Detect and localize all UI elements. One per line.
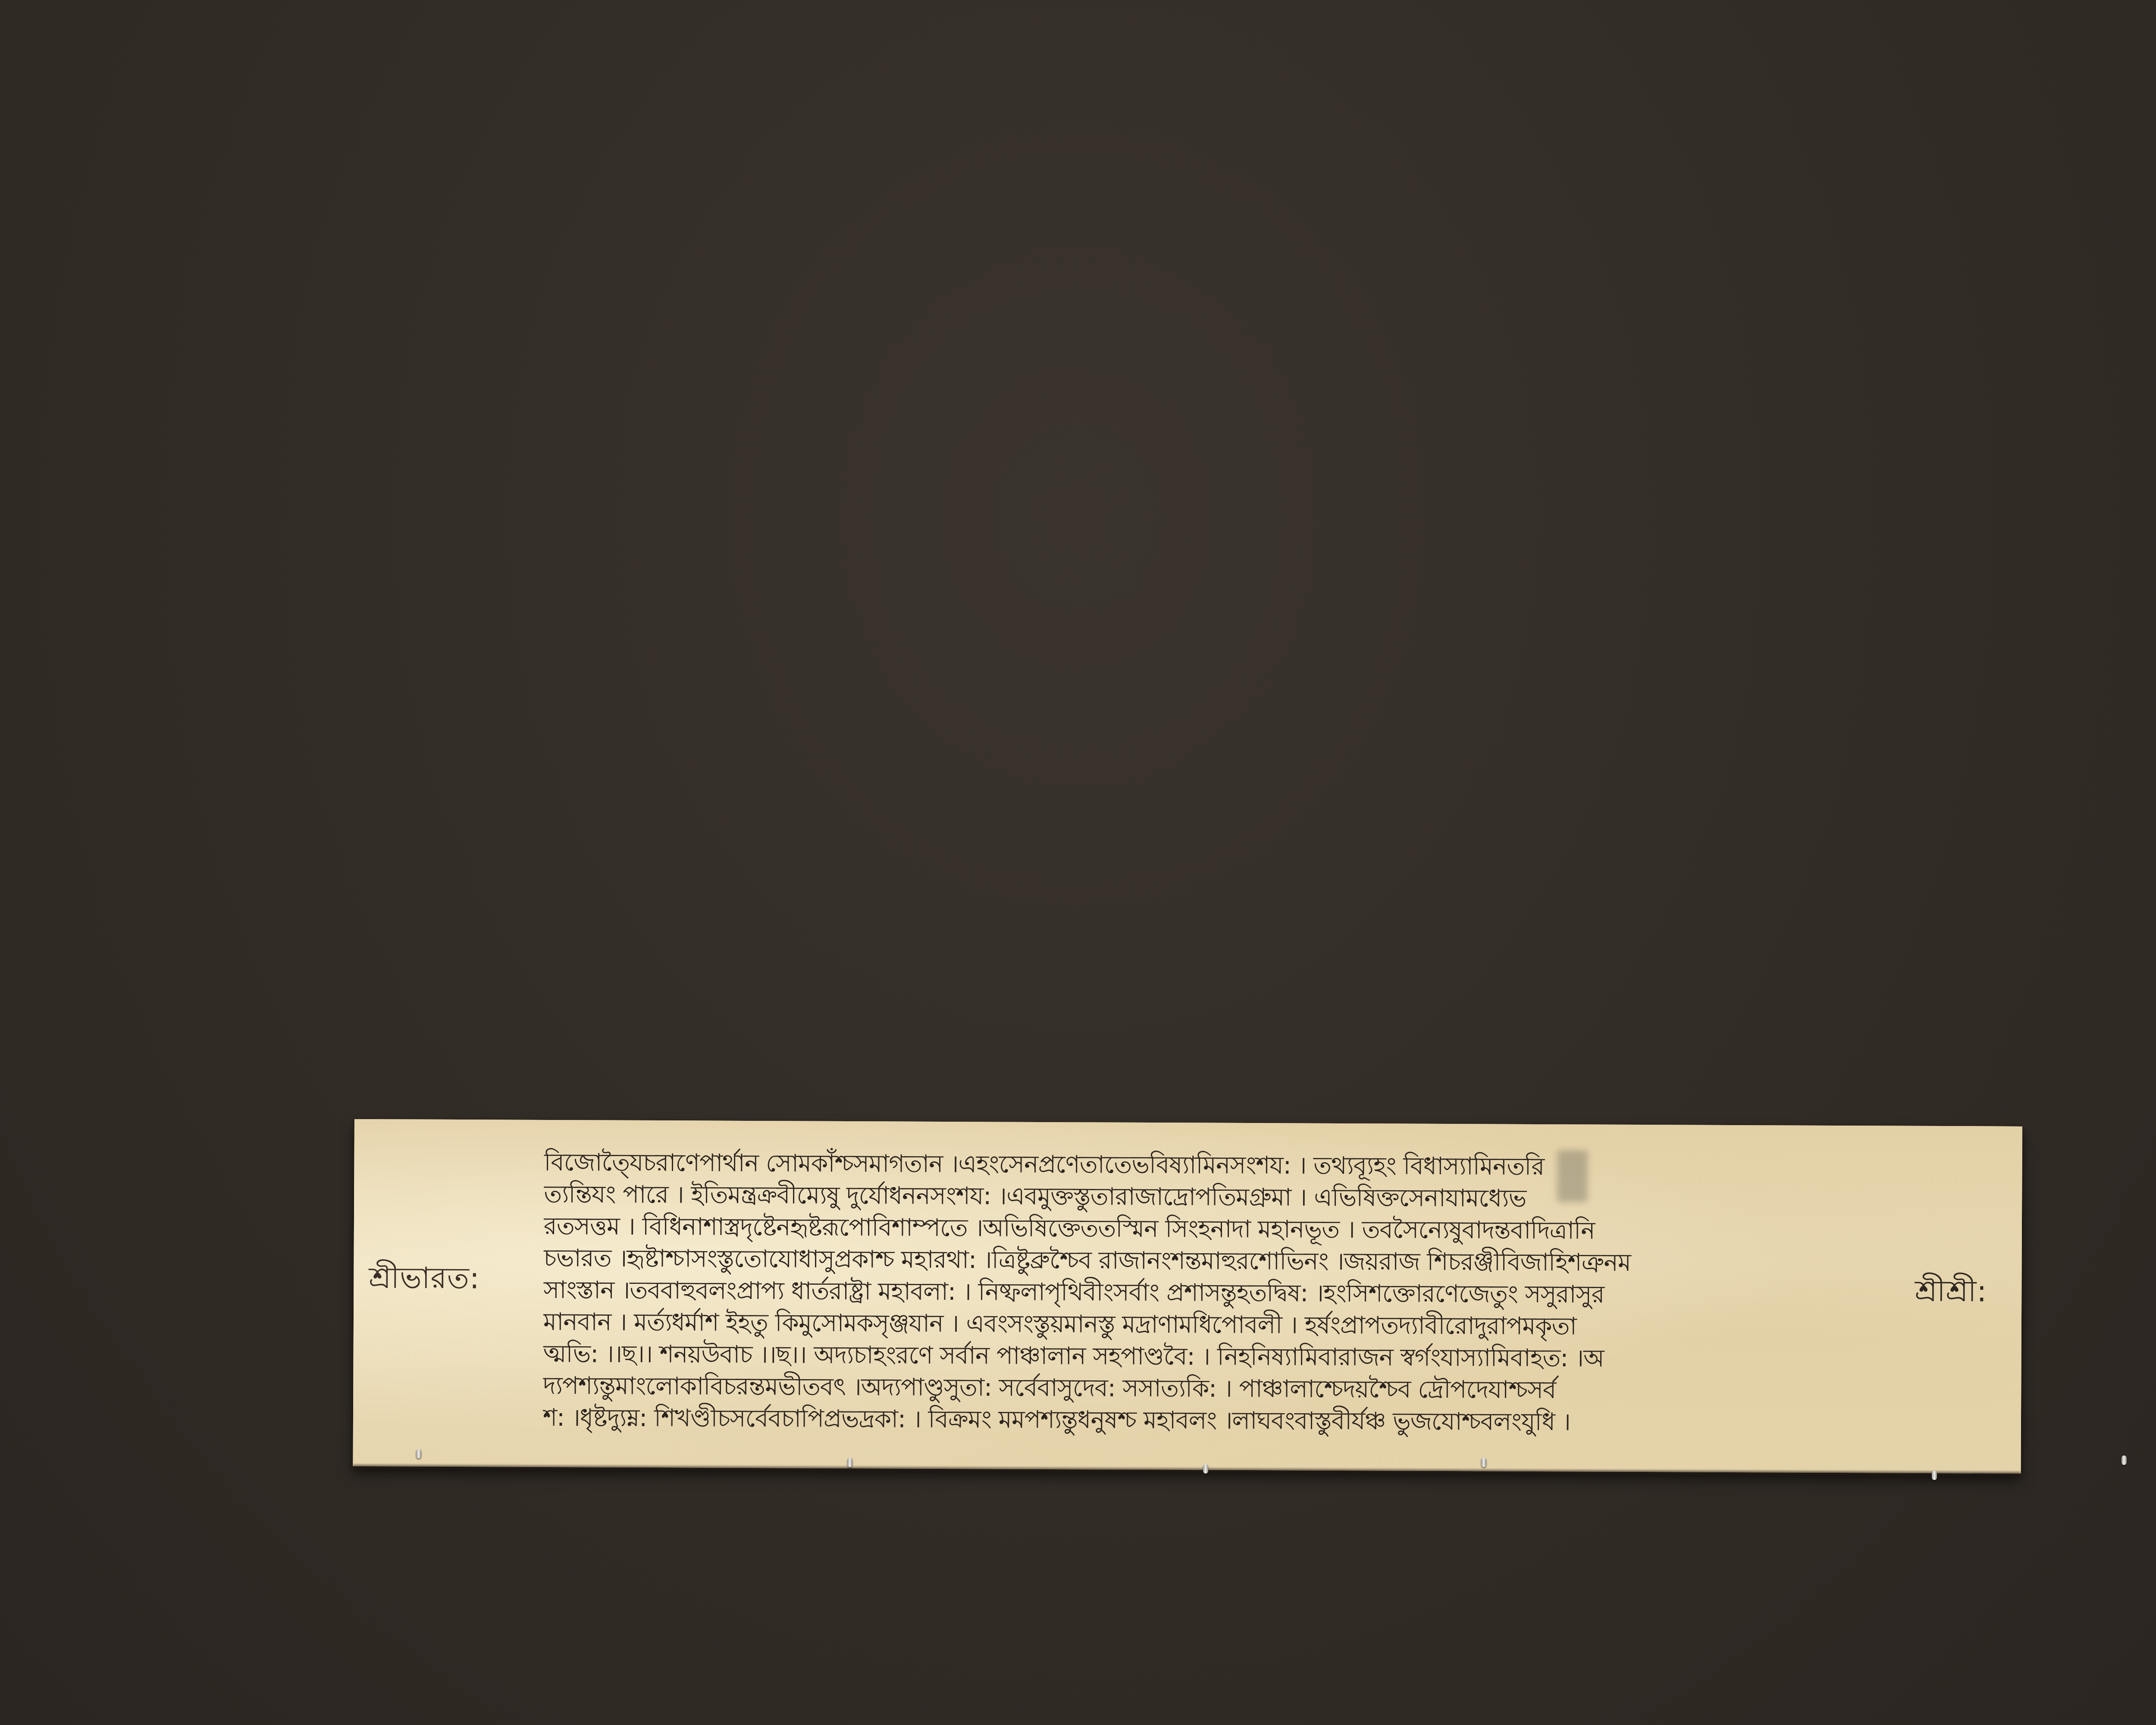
text-line: শ: ।ধৃষ্টদ্যুম্ন: শিখণ্ডীচসর্বেবচাপিপ্রভ… — [543, 1402, 1862, 1440]
text-line: ত্যন্তিযং পারে । ইতিমন্ত্রক্রবীম্যেষু দু… — [544, 1179, 1863, 1216]
text-line: চভারত ।হৃষ্টাশ্চাসংস্তুতোযোধাসুপ্রকাশ্চ … — [543, 1242, 1863, 1280]
text-line: রতসত্তম । বিধিনাশাস্ত্রদৃষ্টেনহৃষ্টরূপোব… — [544, 1211, 1863, 1248]
mounting-pin — [1203, 1464, 1208, 1474]
text-line: বিজোতৈ্যচরাণেপার্থান সোমকাঁশ্চসমাগতান ।এ… — [544, 1147, 1863, 1184]
mounting-pin — [1932, 1471, 1937, 1480]
right-margin-label: শ্রীশ্রী: — [1915, 1268, 1987, 1318]
text-line: সাংস্তান ।তববাহুবলংপ্রাপ্য ধার্তরাষ্ট্রা… — [543, 1274, 1863, 1312]
manuscript-text-block: বিজোতৈ্যচরাণেপার্থান সোমকাঁশ্চসমাগতান ।এ… — [543, 1147, 1864, 1440]
mounting-pin — [847, 1458, 852, 1467]
text-line: ত্মভি: ।।ছ।। শনয়উবাচ ।।ছ।। অদ্যচাহংরণে … — [543, 1338, 1862, 1376]
mounting-pin — [416, 1449, 421, 1458]
left-margin-label: শ্রীভারত: — [369, 1255, 480, 1305]
manuscript-leaf: শ্রীভারত: বিজোতৈ্যচরাণেপার্থান সোমকাঁশ্চ… — [353, 1119, 2022, 1474]
text-line: দ্যপশ্যন্তুমাংলোকাবিচরন্তমভীতবৎ ।অদ্যপাণ… — [543, 1370, 1862, 1408]
text-line: মানবান । মর্ত্যধর্মাশ ইহতু কিমুসোমকসৃঞ্জ… — [543, 1306, 1863, 1344]
mounting-pin — [1481, 1458, 1486, 1467]
mounting-pin — [2122, 1455, 2127, 1465]
